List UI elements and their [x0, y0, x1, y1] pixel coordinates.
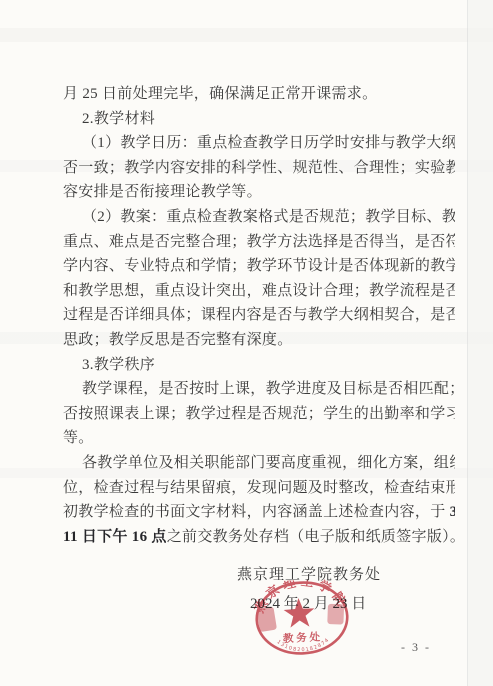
- text-line: 11 日下午 16 点之前交教务处存档（电子版和纸质签字版）。: [63, 525, 455, 550]
- text-line: 和教学思想，重点设计突出，难点设计合理；教学流程是否清晰，: [63, 279, 455, 304]
- page-edge-shadow: [467, 0, 493, 686]
- date-line: 2024 年 2 月 23 日: [250, 592, 366, 613]
- text-line: 容安排是否衔接理论教学等。: [63, 180, 455, 205]
- text-line: 等。: [63, 426, 455, 451]
- text-run: 学内容、专业特点和学情；教学环节设计是否体现新的教学理念: [63, 258, 455, 274]
- bold-text-run: 11 日下午 16 点: [63, 529, 167, 545]
- text-line: 否按照课表上课；教学过程是否规范；学生的出勤率和学习情况: [63, 402, 455, 427]
- stamp-serial-number: 1310820182874: [275, 637, 331, 655]
- svg-text:1310820182874: 1310820182874: [275, 637, 331, 655]
- text-run: 2.教学材料: [82, 111, 155, 127]
- text-run: 初教学检查的书面文字材料，内容涵盖上述检查内容，于: [63, 504, 450, 520]
- text-run: 等。: [63, 430, 94, 446]
- text-line: 学内容、专业特点和学情；教学环节设计是否体现新的教学理念: [63, 254, 455, 279]
- text-line: 2.教学材料: [63, 107, 455, 132]
- text-line: 各教学单位及相关职能部门要高度重视，细化方案，组织到: [63, 451, 455, 476]
- text-line: 3.教学秩序: [63, 353, 455, 378]
- text-run: （2）教案：重点检查教案格式是否规范；教学目标、教学: [82, 209, 455, 225]
- text-line: 过程是否详细具体；课程内容是否与教学大纲相契合，是否融入: [63, 303, 455, 328]
- text-line: 教学课程，是否按时上课，教学进度及目标是否相匹配；是: [63, 377, 455, 402]
- text-run: 过程是否详细具体；课程内容是否与教学大纲相契合，是否融入: [63, 307, 455, 323]
- text-run: 位，检查过程与结果留痕，发现问题及时整改，检查结束形成期: [63, 480, 455, 496]
- text-run: （1）教学日历：重点检查教学日历学时安排与教学大纲是: [82, 135, 455, 151]
- text-line: （1）教学日历：重点检查教学日历学时安排与教学大纲是: [63, 131, 455, 156]
- text-run: 重点、难点是否完整合理；教学方法选择是否得当，是否符合教: [63, 234, 455, 250]
- text-run: 和教学思想，重点设计突出，难点设计合理；教学流程是否清晰，: [63, 283, 455, 299]
- text-line: 重点、难点是否完整合理；教学方法选择是否得当，是否符合教: [63, 230, 455, 255]
- text-run: 各教学单位及相关职能部门要高度重视，细化方案，组织到: [82, 455, 455, 471]
- stamp-office-label: 教 务 处: [282, 630, 321, 645]
- text-run: 3.教学秩序: [82, 357, 155, 373]
- text-run: 月 25 日前处理完毕，确保满足正常开课需求。: [63, 86, 377, 102]
- document-body: 月 25 日前处理完毕，确保满足正常开课需求。2.教学材料（1）教学日历：重点检…: [63, 82, 455, 549]
- text-run: 之前交教务处存档（电子版和纸质签字版）。: [167, 529, 455, 545]
- text-run: 否按照课表上课；教学过程是否规范；学生的出勤率和学习情况: [63, 406, 455, 422]
- text-line: 否一致；教学内容安排的科学性、规范性、合理性；实验教学内: [63, 156, 455, 181]
- text-line: 月 25 日前处理完毕，确保满足正常开课需求。: [63, 82, 455, 107]
- scanned-document-page: 月 25 日前处理完毕，确保满足正常开课需求。2.教学材料（1）教学日历：重点检…: [0, 0, 493, 686]
- text-line: （2）教案：重点检查教案格式是否规范；教学目标、教学: [63, 205, 455, 230]
- text-run: 容安排是否衔接理论教学等。: [63, 184, 262, 200]
- text-run: 否一致；教学内容安排的科学性、规范性、合理性；实验教学内: [63, 160, 455, 176]
- text-line: 位，检查过程与结果留痕，发现问题及时整改，检查结束形成期: [63, 476, 455, 501]
- text-line: 初教学检查的书面文字材料，内容涵盖上述检查内容，于 3 月: [63, 500, 455, 525]
- official-seal-stamp: 燕京理工学院 教 务 处 1310820182874: [252, 578, 352, 659]
- signature-line: 燕京理工学院教务处: [237, 563, 381, 584]
- text-line: 思政；教学反思是否完整有深度。: [63, 328, 455, 353]
- page-number: - 3 -: [401, 640, 431, 655]
- text-run: 教学课程，是否按时上课，教学进度及目标是否相匹配；是: [82, 381, 455, 397]
- bold-text-run: 3 月: [450, 504, 455, 520]
- text-run: 思政；教学反思是否完整有深度。: [63, 332, 293, 348]
